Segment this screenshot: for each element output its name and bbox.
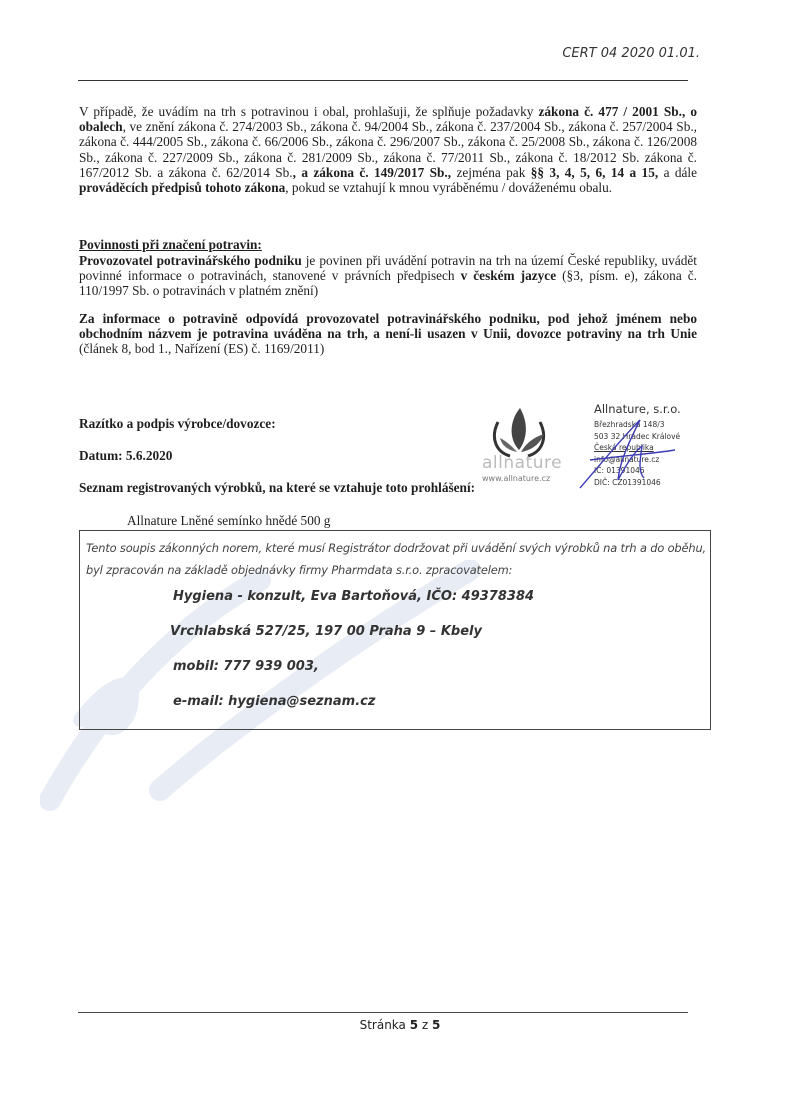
total-pages: 5 (432, 1018, 440, 1032)
processor-info-box: Tento soupis zákonných norem, které musí… (79, 530, 711, 730)
page-separator: z (422, 1018, 428, 1032)
labeling-obligation: Provozovatel potravinářského podniku je … (79, 253, 697, 299)
date-label: Datum: 5.6.2020 (79, 448, 172, 463)
processor-intro: Tento soupis zákonných norem, které musí… (86, 537, 706, 581)
bold-text: §§ 3, 4, 5, 6, 14 a 15, (531, 165, 658, 180)
footer-divider (78, 1012, 688, 1013)
page-label: Stránka (360, 1018, 406, 1032)
product-item: Allnature Lněné semínko hnědé 500 g (127, 513, 330, 528)
page-number: Stránka 5 z 5 (0, 1018, 800, 1032)
processor-name: Hygiena - konzult, Eva Bartoňová, IČO: 4… (173, 589, 534, 604)
stamp-website: www.allnature.cz (482, 474, 550, 483)
registered-products-label: Seznam registrovaných výrobků, na které … (79, 480, 475, 495)
labeling-heading: Povinnosti při značení potravin: (79, 237, 697, 252)
header-divider (78, 80, 688, 81)
company-stamp: allnature www.allnature.cz Allnature, s.… (470, 400, 710, 492)
bold-text: Za informace o potravině odpovídá provoz… (79, 311, 697, 341)
processor-phone: mobil: 777 939 003, (173, 659, 319, 674)
packaging-declaration: V případě, že uvádím na trh s potravinou… (79, 104, 697, 195)
text: V případě, že uvádím na trh s potravinou… (79, 104, 538, 119)
bold-text: v českém jazyce (461, 268, 556, 283)
bold-text: , a zákona č. 149/2017 Sb., (293, 165, 451, 180)
current-page: 5 (410, 1018, 418, 1032)
processor-email: e-mail: hygiena@seznam.cz (173, 694, 375, 709)
text: zejména pak (451, 165, 531, 180)
text: (článek 8, bod 1., Nařízení (ES) č. 1169… (79, 341, 324, 356)
bold-text: prováděcích předpisů tohoto zákona (79, 180, 285, 195)
text: , pokud se vztahují k mnou vyráběnému / … (285, 180, 612, 195)
certificate-code: CERT 04 2020 01.01. (562, 46, 700, 61)
stamp-brand: allnature (482, 453, 562, 473)
document-page: CERT 04 2020 01.01. V případě, že uvádím… (0, 0, 800, 1100)
processor-address: Vrchlabská 527/25, 197 00 Praha 9 – Kbel… (170, 624, 482, 639)
stamp-signature-label: Razítko a podpis výrobce/dovozce: (79, 416, 276, 431)
text: a dále (658, 165, 697, 180)
handwritten-signature (560, 410, 680, 490)
responsibility-statement: Za informace o potravině odpovídá provoz… (79, 311, 697, 357)
bold-text: Provozovatel potravinářského podniku (79, 253, 302, 268)
